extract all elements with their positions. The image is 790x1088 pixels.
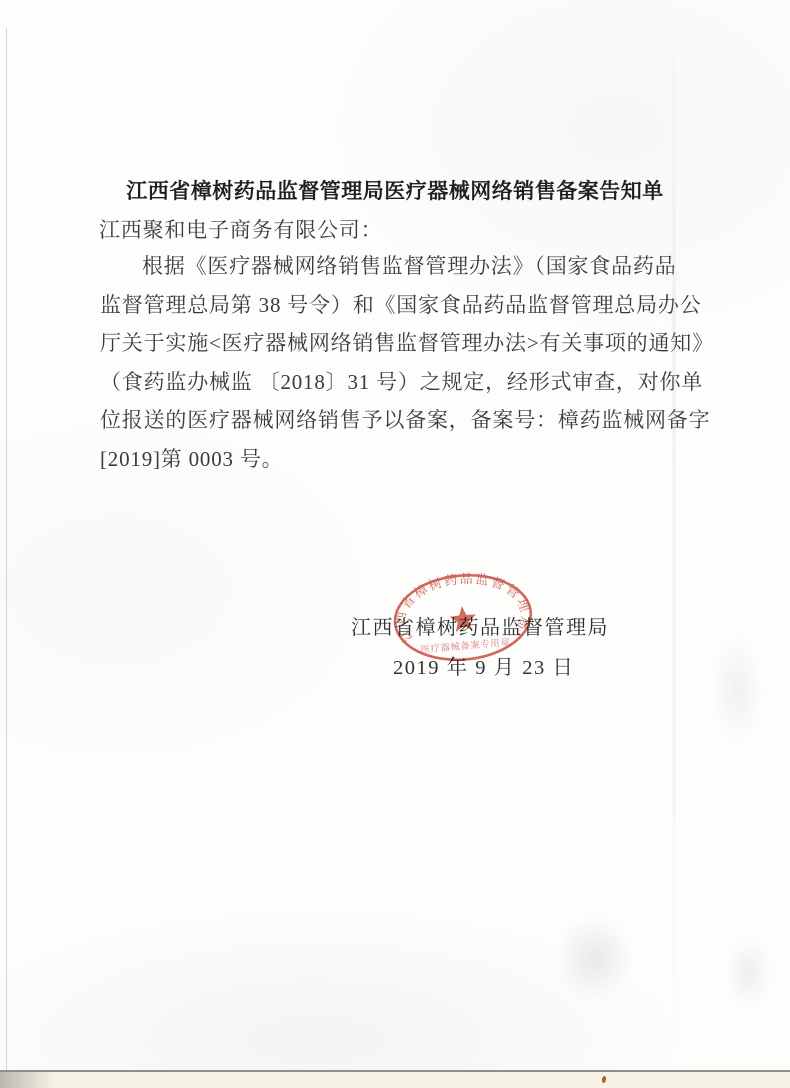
official-seal-stamp: 江西省樟树药品监督管理局 医疗器械备案专用章 [384,564,542,674]
document-title: 江西省樟树药品监督管理局医疗器械网络销售备案告知单 [0,175,790,205]
seal-arc-text: 江西省樟树药品监督管理局 [388,565,535,646]
body-paragraph: 根据《医疗器械网络销售监督管理办法》（国家食品药品 监督管理总局第 38 号令）… [100,247,700,479]
body-line: （食药监办械监 〔2018〕31 号）之规定，经形式审查，对你单 [100,363,700,402]
scanned-document-page: { "page": { "paper_color": "#fdfdfc", "b… [0,0,790,1088]
scan-left-edge-artifact [6,28,7,1072]
scan-smudge-artifact [718,925,780,1020]
seal-arc-text-container: 江西省樟树药品监督管理局 [388,565,535,646]
scan-corner-shadow [0,1072,55,1088]
seal-star-icon [449,605,478,633]
paper-crease-artifact [673,0,675,1072]
scan-bottom-edge [0,1070,790,1088]
scan-smudge-artifact [702,615,772,765]
body-line: 监督管理总局第 38 号令）和《国家食品药品监督管理总局办公 [100,286,700,325]
addressee-line: 江西聚和电子商务有限公司： [99,214,382,244]
scan-smudge-artifact [540,898,650,1018]
body-line: 根据《医疗器械网络销售监督管理办法》（国家食品药品 [100,247,700,286]
body-line: 厅关于实施<医疗器械网络销售监督管理办法>有关事项的通知》 [100,324,700,363]
body-line: [2019]第 0003 号。 [100,440,700,479]
paper-sheet: 江西省樟树药品监督管理局医疗器械网络销售备案告知单 江西聚和电子商务有限公司： … [0,0,790,1073]
body-line: 位报送的医疗器械网络销售予以备案，备案号：樟药监械网备字 [100,401,700,440]
